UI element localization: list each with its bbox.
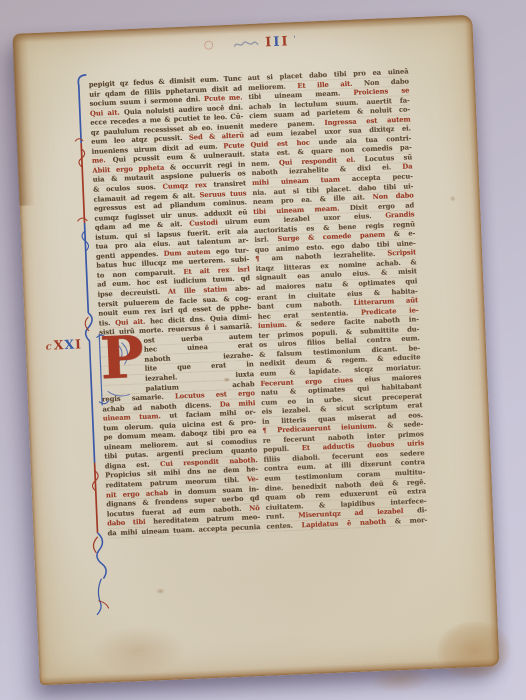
chapter-letter: X: [53, 337, 63, 352]
numeral-letter: I: [273, 36, 280, 49]
stain-bottom-left: [89, 623, 187, 677]
text-column-right: aut si placet dabo tibi pro ea uineāmeli…: [247, 67, 427, 533]
numeral-letter: I: [265, 36, 272, 49]
text-column-left: pepigit qz fedus & dimisit eum. Tuncuir …: [89, 74, 261, 540]
running-title-numeral: III: [265, 35, 288, 49]
numeral-letter: I: [281, 35, 288, 48]
penwork-squiggle-icon: [233, 37, 259, 50]
chapter-number: c XXI: [45, 336, 81, 352]
initial-letter: P: [99, 328, 145, 388]
running-title: III ': [13, 28, 473, 60]
numeral-tail-flourish: ': [293, 35, 296, 45]
chapter-number-letters: XXI: [53, 336, 81, 352]
stain-bottom-middle: [369, 665, 430, 693]
foxing-spot: [450, 196, 456, 202]
offset-ink-ghost: [204, 41, 213, 50]
chapter-letter: I: [75, 336, 81, 351]
rough-gutter-edge: [13, 35, 35, 205]
chapter-letter: X: [64, 337, 74, 352]
decorated-initial-P: P: [93, 328, 144, 402]
photo-backdrop: pepigit qz fedus & dimisit eum. Tuncuir …: [0, 0, 526, 700]
paraph-flourish-icon: c: [45, 342, 52, 353]
foxing-spot: [156, 588, 165, 594]
manuscript-leaf: pepigit qz fedus & dimisit eum. Tuncuir …: [13, 15, 500, 686]
stain-bottom-right: [436, 620, 512, 681]
